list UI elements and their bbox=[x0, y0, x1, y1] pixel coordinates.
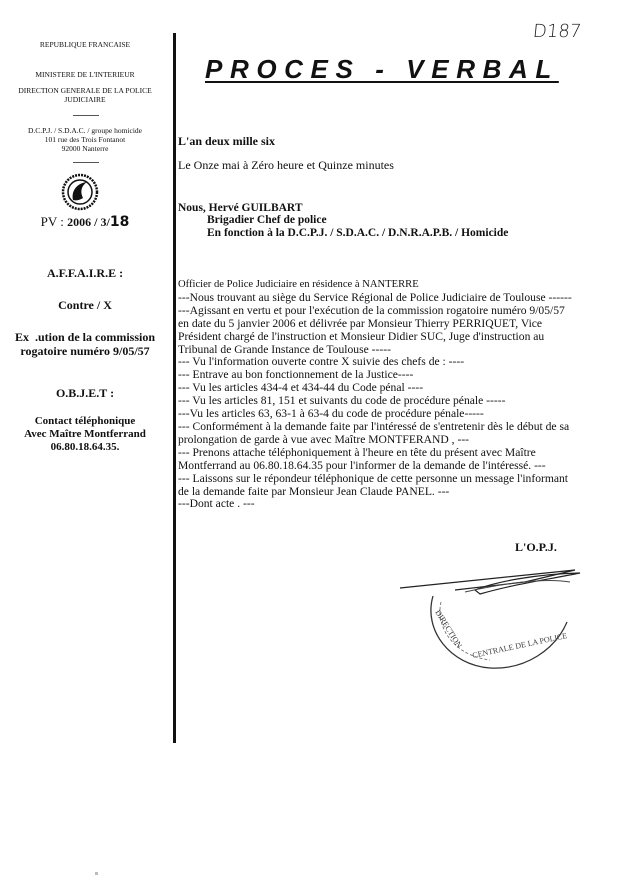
body-line: Président chargé de l'instruction et Mon… bbox=[178, 331, 598, 344]
header-separator bbox=[73, 115, 99, 116]
body-line: ---Dont acte . --- bbox=[178, 498, 598, 511]
signature-label: L'O.P.J. bbox=[515, 540, 557, 555]
body-line: en date du 5 janvier 2006 et délivrée pa… bbox=[178, 318, 598, 331]
service-line: D.C.P.J. / S.D.A.C. / groupe homicide bbox=[0, 126, 170, 135]
proces-verbal-page: REPUBLIQUE FRANCAISE MINISTERE DE L'INTE… bbox=[0, 0, 620, 877]
intro-date: Le Onze mai à Zéro heure et Quinze minut… bbox=[178, 158, 394, 173]
pv-label: PV : bbox=[41, 214, 68, 229]
report-body: Officier de Police Judiciaire en résiden… bbox=[178, 279, 598, 511]
police-emblem-icon bbox=[61, 173, 99, 211]
document-number-handwritten: D187 bbox=[532, 21, 582, 42]
body-line: prolongation de garde à vue avec Maître … bbox=[178, 434, 598, 447]
officer-rank: Brigadier Chef de police bbox=[207, 214, 327, 226]
body-line: ---Agissant en vertu et pour l'exécution… bbox=[178, 305, 598, 318]
affaire-heading: A.F.F.A.I.R.E : bbox=[0, 266, 170, 280]
body-line: --- Conformément à la demande faite par … bbox=[178, 421, 598, 434]
scan-artifact bbox=[95, 872, 98, 875]
body-line: Officier de Police Judiciaire en résiden… bbox=[178, 279, 598, 292]
officer-name: Nous, Hervé GUILBART bbox=[178, 202, 303, 214]
address-line1: 101 rue des Trois Fontanot bbox=[0, 135, 170, 144]
body-line: --- Prenons attache téléphoniquement à l… bbox=[178, 447, 598, 460]
objet-line2: Avec Maître Montferrand bbox=[0, 428, 170, 441]
svg-text:DIRECTION: DIRECTION bbox=[433, 608, 464, 650]
intro-year: L'an deux mille six bbox=[178, 134, 275, 149]
affaire-description-line1: Ex .ution de la commission bbox=[0, 330, 170, 344]
body-line: ---Nous trouvant au siège du Service Rég… bbox=[178, 292, 598, 305]
body-line: Montferrand au 06.80.18.64.35 pour l'inf… bbox=[178, 460, 598, 473]
column-divider bbox=[173, 33, 176, 743]
objet-line3: 06.80.18.64.35. bbox=[0, 441, 170, 454]
pv-handwritten-number: 18 bbox=[110, 214, 129, 230]
ministry-header: MINISTERE DE L'INTERIEUR bbox=[0, 70, 170, 79]
body-line: --- Laissons sur le répondeur téléphoniq… bbox=[178, 473, 598, 486]
pv-reference: PV : 2006 / 3/18 bbox=[0, 214, 170, 230]
address-separator bbox=[73, 162, 99, 163]
address-line2: 92000 Nanterre bbox=[0, 144, 170, 153]
republic-header: REPUBLIQUE FRANCAISE bbox=[0, 40, 170, 49]
document-title: PROCES - VERBAL bbox=[205, 54, 559, 85]
direction-line1: DIRECTION GENERALE DE LA POLICE bbox=[0, 86, 170, 95]
svg-text:CENTRALE DE LA POLICE: CENTRALE DE LA POLICE bbox=[472, 631, 569, 660]
objet-line1: Contact téléphonique bbox=[0, 415, 170, 428]
direction-line2: JUDICIAIRE bbox=[0, 95, 170, 104]
signature-stamp-icon: DIRECTION CENTRALE DE LA POLICE bbox=[395, 560, 620, 680]
officer-function: En fonction à la D.C.P.J. / S.D.A.C. / D… bbox=[207, 227, 508, 239]
pv-number: 2006 / 3/ bbox=[67, 215, 110, 229]
objet-heading: O.B.J.E.T : bbox=[0, 386, 170, 400]
affaire-description-line2: rogatoire numéro 9/05/57 bbox=[0, 344, 170, 358]
affaire-contre: Contre / X bbox=[0, 298, 170, 312]
